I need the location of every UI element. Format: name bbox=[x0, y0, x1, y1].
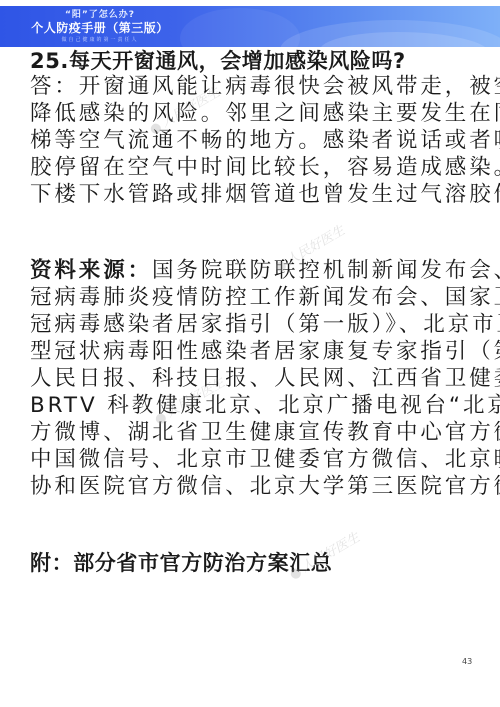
answer-line: 答：开窗通风能让病毒很快会被风带走，被空气稀释， bbox=[30, 74, 480, 100]
sources-line: 冠病毒肺炎疫情防控工作新闻发布会、国家卫健委《新 bbox=[30, 285, 480, 311]
banner-top-line: “阳”了怎么办? bbox=[30, 9, 170, 21]
question-heading: 25.每天开窗通风，会增加感染风险吗? bbox=[30, 48, 480, 74]
header-banner: “阳”了怎么办? 个人防疫手册（第三版） 做自己健康的第一责任人 bbox=[0, 6, 500, 47]
sources-label: 资料来源： bbox=[30, 258, 152, 283]
page-number: 43 bbox=[462, 657, 472, 666]
appendix-heading: 附：部分省市官方防治方案汇总 bbox=[30, 550, 480, 576]
sources-line: 型冠状病毒阳性感染者居家康复专家指引（第一版）》、 bbox=[30, 339, 480, 365]
sources-first-line-text: 国务院联防联控机制新闻发布会、北京市新 bbox=[152, 258, 500, 283]
banner-subtitle: 做自己健康的第一责任人 bbox=[30, 36, 170, 44]
answer-line: 降低感染的风险。邻里之间感染主要发生在同一层或电 bbox=[30, 101, 480, 127]
banner-title-block: “阳”了怎么办? 个人防疫手册（第三版） 做自己健康的第一责任人 bbox=[30, 6, 170, 44]
banner-decoration bbox=[180, 8, 300, 47]
watermark-logo-icon bbox=[289, 566, 303, 580]
answer-line: 下楼下水管路或排烟管道也曾发生过气溶胶传播情况。 bbox=[30, 182, 480, 208]
answer-line: 胶停留在空气中时间比较长，容易造成感染。此外，上 bbox=[30, 155, 480, 181]
sources-line: 协和医院官方微信、北京大学第三医院官方微信等。 bbox=[30, 474, 480, 500]
sources-line: 冠病毒感染者居家指引（第一版）》、北京市卫健委《新 bbox=[30, 312, 480, 338]
sources-first-line: 资料来源：国务院联防联控机制新闻发布会、北京市新 bbox=[30, 258, 480, 284]
sources-line: 中国微信号、北京市卫健委官方微信、北京晚报、北京 bbox=[30, 447, 480, 473]
sources-line: 方微博、湖北省卫生健康宣传教育中心官方微信、健康 bbox=[30, 420, 480, 446]
banner-title: 个人防疫手册（第三版） bbox=[30, 21, 170, 36]
sources-line: 人民日报、科技日报、人民网、江西省卫健委官方微信、 bbox=[30, 366, 480, 392]
sources-line: BRTV 科教健康北京、北京广播电视台“北京时间”官 bbox=[30, 393, 480, 419]
answer-line: 梯等空气流通不畅的地方。感染者说话或者咳嗽，气溶 bbox=[30, 128, 480, 154]
